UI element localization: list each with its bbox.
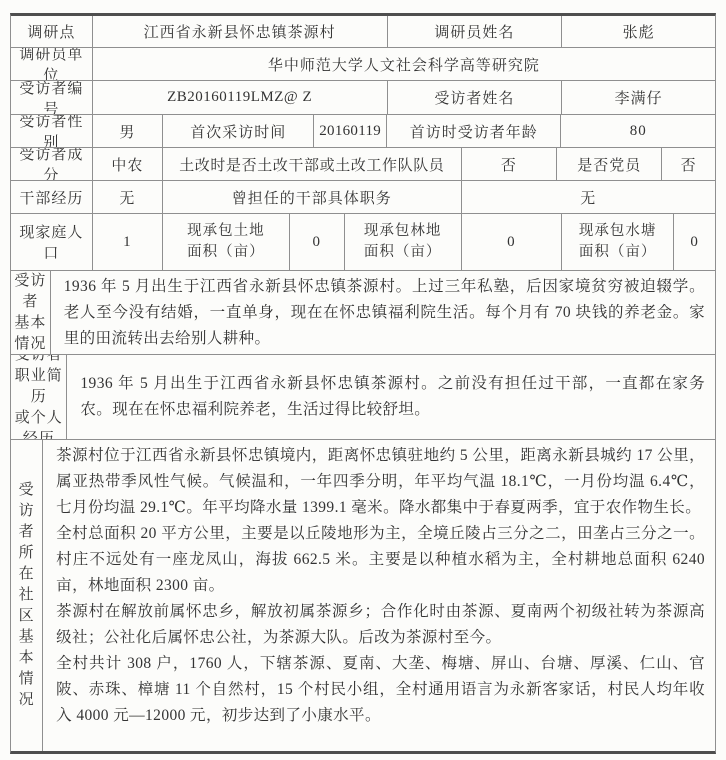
contracted-pond-label-line1: 现承包水塘 (579, 221, 657, 242)
cadre-post-label: 曾担任的干部具体职务 (163, 181, 461, 213)
table-row: 受访者成分 中农 土改时是否土改干部或土改工作队队员 否 是否党员 否 (11, 148, 715, 181)
respondent-career-label-line1: 受访者 (15, 355, 63, 366)
contracted-land-label-line2: 面积（亩） (187, 242, 265, 263)
respondent-career-label-line3: 或个人经历 (14, 408, 63, 440)
class-status-value: 中农 (93, 148, 163, 180)
family-size-label: 现家庭人口 (11, 214, 93, 270)
respondent-basic-label: 受访者 基本情况 (11, 271, 51, 354)
cadre-post-value: 无 (462, 181, 715, 213)
community-info-label-line2: 所在社区 (14, 543, 39, 627)
community-info-label-line3: 基本情况 (14, 627, 39, 711)
cadre-experience-label: 干部经历 (11, 181, 93, 213)
survey-site-label: 调研点 (11, 16, 93, 47)
contracted-forest-label-line1: 现承包林地 (364, 221, 442, 242)
first-interview-label: 首次采访时间 (163, 115, 314, 147)
paragraph: 1936 年 5 月出生于江西省永新县怀忠镇茶源村。上过三年私塾，后因家境贫穷被… (64, 274, 705, 352)
family-size-value: 1 (93, 214, 163, 270)
respondent-career-label-line2: 职业简历 (14, 366, 63, 408)
respondent-id-value: ZB20160119LMZ@ Z (93, 81, 388, 114)
respondent-id-label: 受访者编号 (11, 81, 93, 114)
table-row: 现家庭人口 1 现承包土地 面积（亩） 0 现承包林地 面积（亩） 0 现承包水… (11, 214, 715, 271)
party-member-label: 是否党员 (557, 148, 662, 180)
researcher-name-value: 张彪 (562, 16, 715, 47)
contracted-pond-label-line2: 面积（亩） (579, 242, 657, 263)
table-row: 调研点 江西省永新县怀忠镇茶源村 调研员姓名 张彪 (11, 16, 715, 48)
paragraph: 全村总面积 20 平方公里，主要是以丘陵地形为主，全境丘陵占三分之二，田垄占三分… (56, 521, 705, 599)
contracted-land-value: 0 (290, 214, 345, 270)
table-row: 受访者 职业简历 或个人经历 1936 年 5 月出生于江西省永新县怀忠镇茶源村… (11, 355, 715, 440)
gender-value: 男 (93, 115, 163, 147)
class-status-label: 受访者成分 (11, 148, 93, 180)
community-info-label-line1: 受访者 (14, 480, 39, 543)
community-info-label: 受访者 所在社区 基本情况 (11, 440, 43, 751)
researcher-name-label: 调研员姓名 (388, 16, 563, 47)
table-row: 受访者编号 ZB20160119LMZ@ Z 受访者姓名 李满仔 (11, 81, 715, 115)
respondent-career-text: 1936 年 5 月出生于江西省永新县怀忠镇茶源村。之前没有担任过干部，一直都在… (67, 355, 715, 439)
age-value: 80 (561, 115, 715, 147)
document-table: 调研点 江西省永新县怀忠镇茶源村 调研员姓名 张彪 调研员单位 华中师范大学人文… (10, 13, 716, 754)
cadre-experience-value: 无 (93, 181, 163, 213)
contracted-forest-label-line2: 面积（亩） (364, 242, 442, 263)
contracted-pond-value: 0 (674, 214, 715, 270)
researcher-unit-value: 华中师范大学人文社会科学高等研究院 (93, 48, 715, 80)
respondent-basic-label-line2: 基本情况 (14, 313, 47, 355)
respondent-name-label: 受访者姓名 (388, 81, 563, 114)
researcher-unit-label: 调研员单位 (11, 48, 93, 80)
paragraph: 全村共计 308 户，1760 人，下辖茶源、夏南、大垄、梅塘、屏山、台塘、厚溪… (56, 651, 705, 729)
table-row: 调研员单位 华中师范大学人文社会科学高等研究院 (11, 48, 715, 81)
respondent-name-value: 李满仔 (562, 81, 715, 114)
community-info-text: 茶源村位于江西省永新县怀忠镇境内，距离怀忠镇驻地约 5 公里，距离永新县城约 1… (43, 440, 715, 751)
respondent-career-label: 受访者 职业简历 或个人经历 (11, 355, 67, 439)
paragraph: 1936 年 5 月出生于江西省永新县怀忠镇茶源村。之前没有担任过干部，一直都在… (80, 371, 705, 423)
contracted-land-label: 现承包土地 面积（亩） (163, 214, 290, 270)
table-row: 干部经历 无 曾担任的干部具体职务 无 (11, 181, 715, 214)
survey-site-value: 江西省永新县怀忠镇茶源村 (93, 16, 388, 47)
first-interview-value: 20160119 (314, 115, 387, 147)
respondent-basic-label-line1: 受访者 (14, 271, 47, 313)
landreform-cadre-value: 否 (462, 148, 558, 180)
gender-label: 受访者性别 (11, 115, 93, 147)
age-label: 首访时受访者年龄 (387, 115, 562, 147)
contracted-forest-label: 现承包林地 面积（亩） (345, 214, 462, 270)
table-row: 受访者性别 男 首次采访时间 20160119 首访时受访者年龄 80 (11, 115, 715, 148)
table-row: 受访者 基本情况 1936 年 5 月出生于江西省永新县怀忠镇茶源村。上过三年私… (11, 271, 715, 355)
table-row: 受访者 所在社区 基本情况 茶源村位于江西省永新县怀忠镇境内，距离怀忠镇驻地约 … (11, 440, 715, 751)
paragraph: 茶源村位于江西省永新县怀忠镇境内，距离怀忠镇驻地约 5 公里，距离永新县城约 1… (56, 443, 705, 521)
contracted-land-label-line1: 现承包土地 (187, 221, 265, 242)
contracted-forest-value: 0 (462, 214, 563, 270)
respondent-basic-text: 1936 年 5 月出生于江西省永新县怀忠镇茶源村。上过三年私塾，后因家境贫穷被… (51, 271, 715, 354)
party-member-value: 否 (662, 148, 715, 180)
landreform-cadre-label: 土改时是否土改干部或土改工作队队员 (163, 148, 461, 180)
paragraph: 茶源村在解放前属怀忠乡，解放初属茶源乡；合作化时由茶源、夏南两个初级社转为茶源高… (56, 599, 705, 651)
contracted-pond-label: 现承包水塘 面积（亩） (562, 214, 674, 270)
